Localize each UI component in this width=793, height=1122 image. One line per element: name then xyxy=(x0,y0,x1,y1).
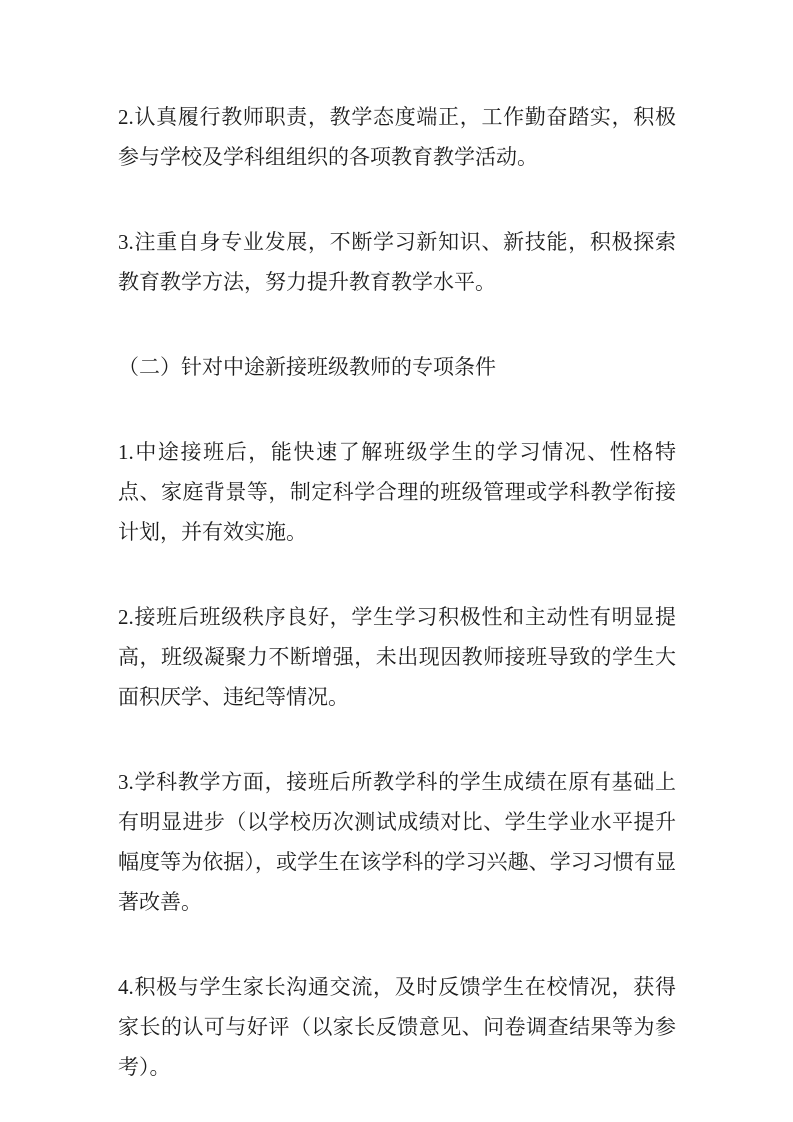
paragraph-special-condition-2: 2.接班后班级秩序良好，学生学习积极性和主动性有明显提高，班级凝聚力不断增强，未… xyxy=(118,597,676,717)
paragraph-special-condition-1: 1.中途接班后，能快速了解班级学生的学习情况、性格特点、家庭背景等，制定科学合理… xyxy=(118,432,676,552)
paragraph-teacher-duty-3: 3.注重自身专业发展，不断学习新知识、新技能，积极探索教育教学方法，努力提升教育… xyxy=(118,222,676,302)
paragraph-special-condition-3: 3.学科教学方面，接班后所教学科的学生成绩在原有基础上有明显进步（以学校历次测试… xyxy=(118,762,676,922)
paragraph-teacher-duty-2: 2.认真履行教师职责，教学态度端正，工作勤奋踏实，积极参与学校及学科组组织的各项… xyxy=(118,97,676,177)
section-heading: （二）针对中途新接班级教师的专项条件 xyxy=(118,347,676,387)
paragraph-special-condition-4: 4.积极与学生家长沟通交流，及时反馈学生在校情况，获得家长的认可与好评（以家长反… xyxy=(118,967,676,1087)
document-content: 2.认真履行教师职责，教学态度端正，工作勤奋踏实，积极参与学校及学科组组织的各项… xyxy=(118,97,676,1087)
document-page: 2.认真履行教师职责，教学态度端正，工作勤奋踏实，积极参与学校及学科组组织的各项… xyxy=(0,0,793,1122)
